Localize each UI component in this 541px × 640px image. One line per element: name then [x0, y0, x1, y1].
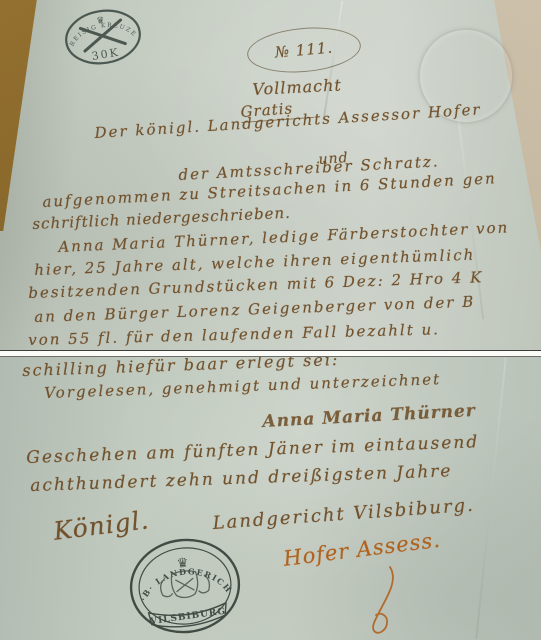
paper-crease	[475, 358, 506, 640]
handwritten-line: von 55 fl. für den laufenden Fall bezahl…	[28, 320, 440, 349]
photo-join-divider	[0, 350, 541, 357]
crown-icon: ♛	[176, 556, 189, 572]
crown-icon: ♛	[96, 16, 106, 27]
document-photo: DREISIG KREUZER ♛ 30K № 111. Vollmacht G…	[0, 0, 541, 640]
revenue-stamp-icon: DREISIG KREUZER ♛ 30K	[58, 6, 148, 68]
signature-line: Anna Maria Thürner	[262, 401, 476, 432]
docket-number-oval: № 111.	[245, 23, 362, 77]
docket-number: № 111.	[274, 38, 334, 61]
photo-bottom-half: schilling hiefür baar erlegt sei: Vorgel…	[0, 357, 541, 640]
handwritten-line: achthundert zehn und dreißigsten Jahre	[30, 461, 453, 496]
photo-top-half: DREISIG KREUZER ♛ 30K № 111. Vollmacht G…	[0, 0, 541, 350]
docket-title: Vollmacht	[252, 75, 342, 99]
court-seal-arc-label: K·B· LANDGERICHT	[99, 516, 234, 607]
annotation-flourish	[330, 565, 450, 640]
court-seal-icon: K·B· LANDGERICHT ♛ VILSBIBURG	[110, 529, 260, 640]
